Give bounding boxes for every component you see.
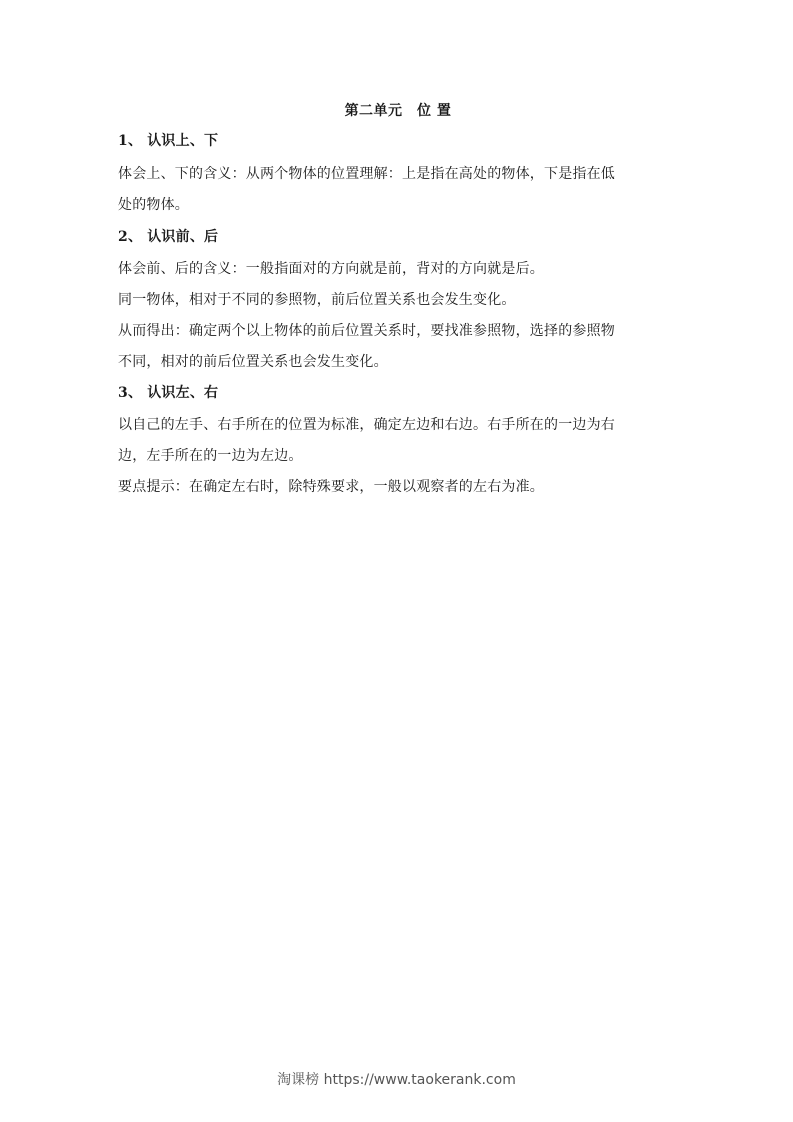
paragraph-line: 要点提示：在确定左右时，除特殊要求，一般以观察者的左右为准。 bbox=[118, 477, 680, 497]
footer-watermark: 淘课榜 https://www.taokerank.com bbox=[0, 1070, 793, 1090]
paragraph-line: 不同，相对的前后位置关系也会发生变化。 bbox=[118, 352, 680, 372]
paragraph-line: 体会前、后的含义：一般指面对的方向就是前，背对的方向就是后。 bbox=[118, 259, 680, 279]
paragraph-line: 以自己的左手、右手所在的位置为标准，确定左边和右边。右手所在的一边为右 bbox=[118, 415, 680, 435]
paragraph-line: 边，左手所在的一边为左边。 bbox=[118, 446, 680, 466]
paragraph-line: 体会上、下的含义：从两个物体的位置理解：上是指在高处的物体，下是指在低 bbox=[118, 164, 680, 184]
paragraph-line: 从而得出：确定两个以上物体的前后位置关系时，要找准参照物，选择的参照物 bbox=[118, 321, 680, 341]
section-heading-2: 2、 认识前、后 bbox=[118, 227, 680, 247]
paragraph-line: 处的物体。 bbox=[118, 195, 680, 215]
section-heading-3: 3、 认识左、右 bbox=[118, 383, 680, 403]
page-title: 第二单元 位 置 bbox=[118, 101, 678, 121]
section-heading-1: 1、 认识上、下 bbox=[118, 131, 680, 151]
paragraph-line: 同一物体，相对于不同的参照物，前后位置关系也会发生变化。 bbox=[118, 290, 680, 310]
